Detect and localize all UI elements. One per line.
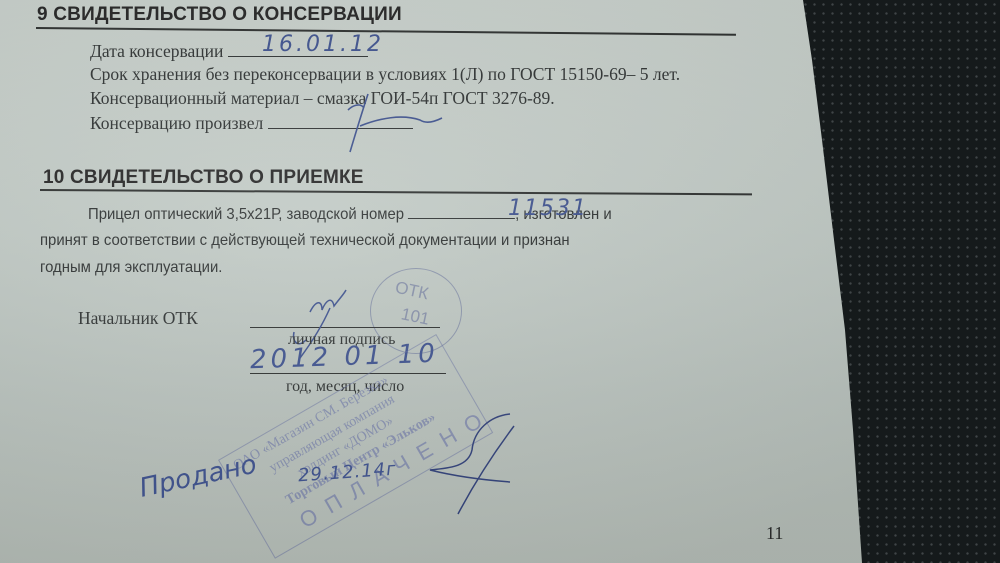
acceptance-text-part1: Прицел оптический 3,5х21Р, заводской ном… [88, 206, 404, 223]
otk-stamp-line1: ОТК [393, 278, 430, 305]
conservation-performed-label: Консервацию произвел [90, 113, 263, 133]
page-number: 11 [766, 523, 783, 544]
section-9-title: 9 СВИДЕТЕЛЬСТВО О КОНСЕРВАЦИИ [37, 4, 402, 26]
section-9-rule [36, 27, 736, 36]
conservation-date-label: Дата консервации [90, 41, 223, 61]
acceptance-line-3: годным для эксплуатации. [40, 259, 222, 277]
serial-number-field [408, 204, 515, 219]
conservation-date-handwritten: 16.01.12 [262, 32, 384, 57]
acceptance-line-2: принят в соответствии с действующей техн… [40, 232, 570, 250]
seller-signature [410, 410, 530, 520]
conservation-signature [330, 88, 460, 158]
head-otk-label: Начальник ОТК [78, 308, 198, 329]
otk-stamp-line2: 101 [399, 304, 431, 329]
section-10-title: 10 СВИДЕТЕЛЬСТВО О ПРИЕМКЕ [43, 167, 364, 189]
section-10-rule [40, 189, 752, 195]
storage-period-line: Срок хранения без переконсервации в усло… [90, 64, 680, 85]
conservation-material-line: Консервационный материал – смазка ГОИ-54… [90, 88, 555, 109]
serial-number-handwritten: 11531 [508, 196, 588, 221]
